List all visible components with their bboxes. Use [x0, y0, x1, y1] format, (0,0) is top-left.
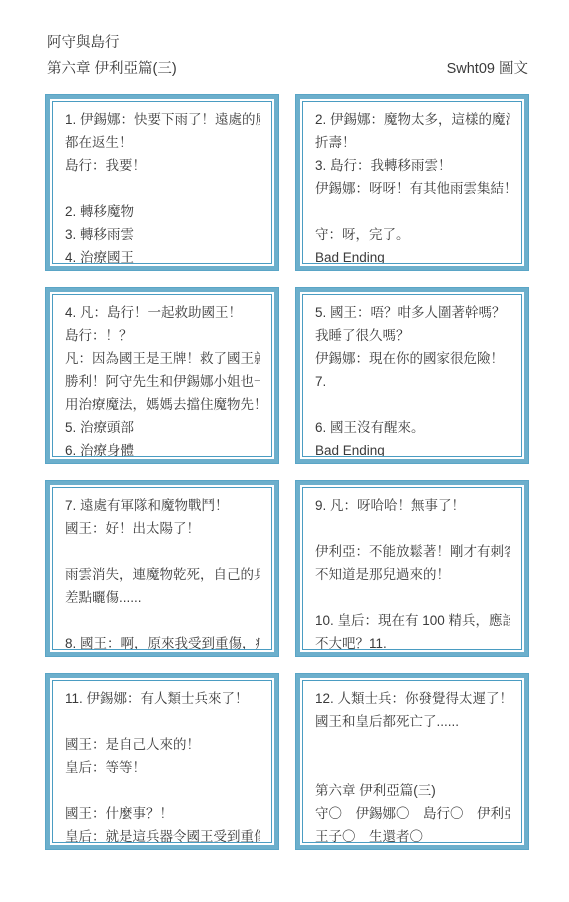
- page-header: 阿守與島行 第六章 伊利亞篇(三) Swht09 圖文: [47, 30, 528, 82]
- text-line: Bad Ending: [315, 439, 510, 457]
- story-panel-2: 2. 伊錫娜：魔物太多，這樣的魔法會 折壽！ 3. 島行：我轉移雨雲！ 伊錫娜：…: [296, 95, 528, 270]
- text-line: 皇后：就是這兵器令國王受到重傷 12.: [65, 825, 260, 843]
- story-panel-8: 12. 人類士兵：你發覺得太遲了！ 國王和皇后都死亡了...... 第六章 伊利…: [296, 674, 528, 849]
- story-panel-5-inner: 7. 遠處有軍隊和魔物戰鬥！ 國王：好！出太陽了！ 雨雲消失，連魔物乾死，自己的…: [52, 487, 272, 650]
- text-line: 王子〇 生還者〇: [315, 825, 510, 843]
- text-line: 4. 凡：島行！一起救助國王！: [65, 301, 260, 324]
- story-panels-grid: 1. 伊錫娜：快要下雨了！遠處的魔物 都在返生！ 島行：我要！ 2. 轉移魔物 …: [46, 95, 528, 849]
- text-line: [315, 200, 510, 223]
- text-line: 勝利！阿守先生和伊錫娜小姐也一起: [65, 370, 260, 393]
- text-line: 9. 凡：呀哈哈！無事了！: [315, 494, 510, 517]
- story-panel-8-inner: 12. 人類士兵：你發覺得太遲了！ 國王和皇后都死亡了...... 第六章 伊利…: [302, 680, 522, 843]
- story-panel-1-inner: 1. 伊錫娜：快要下雨了！遠處的魔物 都在返生！ 島行：我要！ 2. 轉移魔物 …: [52, 101, 272, 264]
- text-line: 伊錫娜：現在你的國家很危險！: [315, 347, 510, 370]
- text-line: 不大吧？11.: [315, 632, 510, 650]
- text-line: 皇后：等等！: [65, 756, 260, 779]
- story-panel-7-inner: 11. 伊錫娜：有人類士兵來了！ 國王：是自己人來的！ 皇后：等等！ 國王：什麼…: [52, 680, 272, 843]
- text-line: 守：呀，完了。: [315, 223, 510, 246]
- text-line: 伊利亞：不能放鬆著！剛才有刺客，: [315, 540, 510, 563]
- story-panel-5: 7. 遠處有軍隊和魔物戰鬥！ 國王：好！出太陽了！ 雨雲消失，連魔物乾死，自己的…: [46, 481, 278, 656]
- text-line: 5. 國王：唔？咁多人圍著幹嗎？: [315, 301, 510, 324]
- text-line: [65, 710, 260, 733]
- text-line: [65, 177, 260, 200]
- text-line: 2. 轉移魔物: [65, 200, 260, 223]
- text-line: 第六章 伊利亞篇(三): [315, 779, 510, 802]
- text-line: 島行：我要！: [65, 154, 260, 177]
- header-row: 第六章 伊利亞篇(三) Swht09 圖文: [47, 56, 528, 82]
- text-line: 國王：什麼事？！: [65, 802, 260, 825]
- text-line: 國王和皇后都死亡了......: [315, 710, 510, 733]
- text-line: [65, 779, 260, 802]
- text-line: 6. 治療身體: [65, 439, 260, 457]
- text-line: 國王：好！出太陽了！: [65, 517, 260, 540]
- text-line: 伊錫娜：呀呀！有其他雨雲集結！: [315, 177, 510, 200]
- text-line: 8. 國王：啊，原來我受到重傷，痛 9.: [65, 632, 260, 650]
- text-line: 5. 治療頭部: [65, 416, 260, 439]
- story-panel-4-inner: 5. 國王：唔？咁多人圍著幹嗎？ 我睡了很久嗎？ 伊錫娜：現在你的國家很危險！ …: [302, 294, 522, 457]
- text-line: 凡：因為國王是王牌！救了國王就是: [65, 347, 260, 370]
- story-panel-4: 5. 國王：唔？咁多人圍著幹嗎？ 我睡了很久嗎？ 伊錫娜：現在你的國家很危險！ …: [296, 288, 528, 463]
- story-panel-3-inner: 4. 凡：島行！一起救助國王！ 島行：！？ 凡：因為國王是王牌！救了國王就是 勝…: [52, 294, 272, 457]
- text-line: [315, 733, 510, 756]
- text-line: [315, 586, 510, 609]
- story-panel-6: 9. 凡：呀哈哈！無事了！ 伊利亞：不能放鬆著！剛才有刺客， 不知道是那兒過來的…: [296, 481, 528, 656]
- text-line: [315, 517, 510, 540]
- text-line: 國王：是自己人來的！: [65, 733, 260, 756]
- text-line: 2. 伊錫娜：魔物太多，這樣的魔法會: [315, 108, 510, 131]
- chapter-title: 第六章 伊利亞篇(三): [47, 56, 177, 82]
- text-line: [65, 609, 260, 632]
- text-line: 10. 皇后：現在有 100 精兵，應該問題: [315, 609, 510, 632]
- text-line: 6. 國王沒有醒來。: [315, 416, 510, 439]
- text-line: 4. 治療國王: [65, 246, 260, 264]
- text-line: 都在返生！: [65, 131, 260, 154]
- document-title: 阿守與島行: [47, 30, 528, 56]
- author-credit: Swht09 圖文: [447, 56, 528, 82]
- text-line: 我睡了很久嗎？: [315, 324, 510, 347]
- text-line: 不知道是那兒過來的！: [315, 563, 510, 586]
- text-line: 差點曬傷......: [65, 586, 260, 609]
- text-line: 島行：！？: [65, 324, 260, 347]
- text-line: 7.: [315, 370, 510, 393]
- text-line: [315, 756, 510, 779]
- text-line: 雨雲消失，連魔物乾死，自己的兵都: [65, 563, 260, 586]
- text-line: 3. 轉移雨雲: [65, 223, 260, 246]
- text-line: 折壽！: [315, 131, 510, 154]
- text-line: 7. 遠處有軍隊和魔物戰鬥！: [65, 494, 260, 517]
- text-line: 12. 人類士兵：你發覺得太遲了！: [315, 687, 510, 710]
- story-panel-6-inner: 9. 凡：呀哈哈！無事了！ 伊利亞：不能放鬆著！剛才有刺客， 不知道是那兒過來的…: [302, 487, 522, 650]
- text-line: 11. 伊錫娜：有人類士兵來了！: [65, 687, 260, 710]
- text-line: 守〇 伊錫娜〇 島行〇 伊利亞〇: [315, 802, 510, 825]
- text-line: Bad Ending: [315, 246, 510, 264]
- text-line: [65, 540, 260, 563]
- story-panel-1: 1. 伊錫娜：快要下雨了！遠處的魔物 都在返生！ 島行：我要！ 2. 轉移魔物 …: [46, 95, 278, 270]
- story-panel-2-inner: 2. 伊錫娜：魔物太多，這樣的魔法會 折壽！ 3. 島行：我轉移雨雲！ 伊錫娜：…: [302, 101, 522, 264]
- story-panel-3: 4. 凡：島行！一起救助國王！ 島行：！？ 凡：因為國王是王牌！救了國王就是 勝…: [46, 288, 278, 463]
- text-line: 3. 島行：我轉移雨雲！: [315, 154, 510, 177]
- text-line: [315, 393, 510, 416]
- text-line: 用治療魔法，媽媽去擋住魔物先！: [65, 393, 260, 416]
- text-line: 1. 伊錫娜：快要下雨了！遠處的魔物: [65, 108, 260, 131]
- story-panel-7: 11. 伊錫娜：有人類士兵來了！ 國王：是自己人來的！ 皇后：等等！ 國王：什麼…: [46, 674, 278, 849]
